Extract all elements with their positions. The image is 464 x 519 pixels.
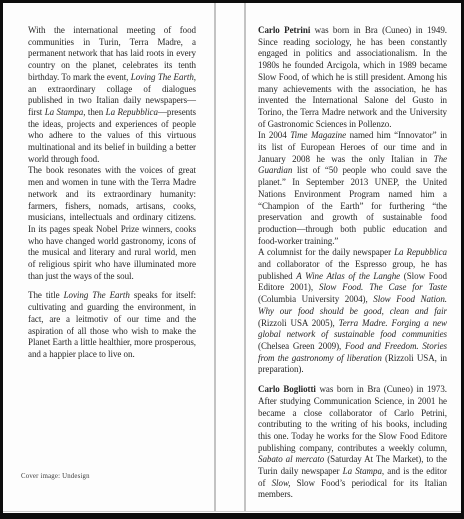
text-segment: Slow, (272, 478, 291, 488)
paragraph: Carlo Bogliotti was born in Bra (Cuneo) … (258, 384, 447, 501)
text-segment: Sabato al mercato (258, 454, 324, 464)
text-segment: (Rizzoli USA 2005), (258, 318, 339, 328)
text-segment: list of “50 people who could save the pl… (258, 165, 447, 245)
author-biographies: Carlo Petrini was born in Bra (Cuneo) in… (258, 25, 447, 501)
text-segment: speaks for itself: cultivating and guard… (28, 290, 196, 359)
text-segment: A Wine Atlas of the Langhe (296, 271, 400, 281)
text-segment: Carlo Bogliotti (258, 384, 316, 394)
paragraph: Carlo Petrini was born in Bra (Cuneo) in… (258, 25, 447, 130)
text-segment: La Stampa (343, 466, 382, 476)
flap-fold-line-left (214, 3, 216, 511)
text-segment: Loving The Earth (131, 72, 194, 82)
flap-fold-line-right (244, 3, 246, 511)
text-segment: Loving The Earth (64, 290, 130, 300)
text-segment: was born in Bra (Cuneo) in 1949. Since r… (258, 25, 447, 129)
cover-image-credit: Cover image: Undesign (21, 473, 90, 480)
text-segment: In 2004 (258, 130, 290, 140)
text-segment: Slow Food. The Case for Taste (319, 282, 447, 292)
paragraph: A columnist for the daily newspaper La R… (258, 247, 447, 376)
paragraph: In 2004 Time Magazine named him “Innovat… (258, 130, 447, 247)
text-segment: The title (28, 290, 64, 300)
paragraph: With the international meeting of food c… (28, 25, 196, 165)
book-flap-scan: With the international meeting of food c… (0, 0, 464, 519)
paragraph: The book resonates with the voices of gr… (28, 165, 196, 282)
text-segment: (Chelsea Green 2009), (258, 341, 345, 351)
text-segment: The book resonates with the voices of gr… (28, 165, 196, 280)
text-segment: La Repubblica (394, 247, 447, 257)
text-segment: , then (83, 107, 105, 117)
book-description: With the international meeting of food c… (28, 25, 196, 361)
text-segment: A columnist for the daily newspaper (258, 247, 394, 257)
text-segment: La Stampa (45, 107, 84, 117)
bottom-edge-line (3, 511, 461, 512)
text-segment: was born in Bra (Cuneo) in 1973. After s… (258, 384, 447, 453)
text-segment: Carlo Petrini (258, 25, 310, 35)
text-segment: Time Magazine (290, 130, 346, 140)
text-segment: (Columbia University 2004), (258, 294, 373, 304)
paragraph: The title Loving The Earth speaks for it… (28, 290, 196, 360)
text-segment: La Repubblica (106, 107, 158, 117)
